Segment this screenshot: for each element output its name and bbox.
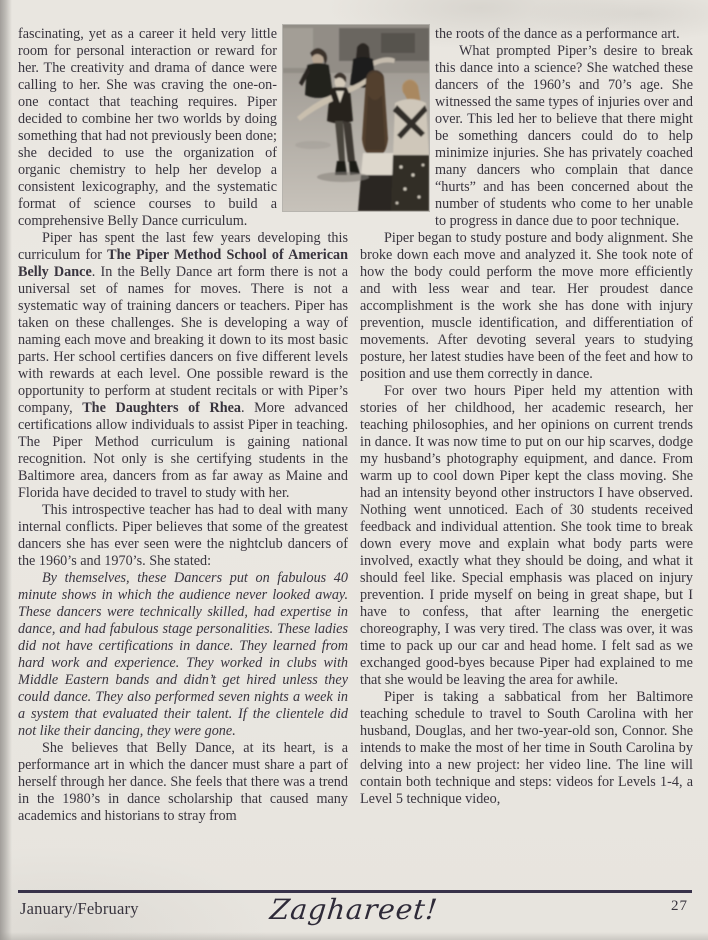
scanned-magazine-page: fascinating, yet as a career it held ver… <box>0 0 708 940</box>
dance-class-photo-art <box>283 25 429 211</box>
block-quote: By themselves, these Dancers put on fabu… <box>18 570 348 740</box>
page-number: 27 <box>671 898 688 915</box>
dance-class-photo <box>283 25 429 211</box>
paragraph: Piper is taking a sabbatical from her Ba… <box>360 689 693 808</box>
paragraph: Piper has spent the last few years devel… <box>18 230 348 502</box>
paragraph: Piper began to study posture and body al… <box>360 230 693 383</box>
magazine-logo: Zaghareet! <box>0 893 708 926</box>
scan-edge-shadow-bottom <box>0 932 708 940</box>
paragraph: She believes that Belly Dance, at its he… <box>18 740 348 825</box>
paragraph: For over two hours Piper held my attenti… <box>360 383 693 689</box>
paragraph: This introspective teacher has had to de… <box>18 502 348 570</box>
scan-edge-shadow <box>0 0 12 940</box>
